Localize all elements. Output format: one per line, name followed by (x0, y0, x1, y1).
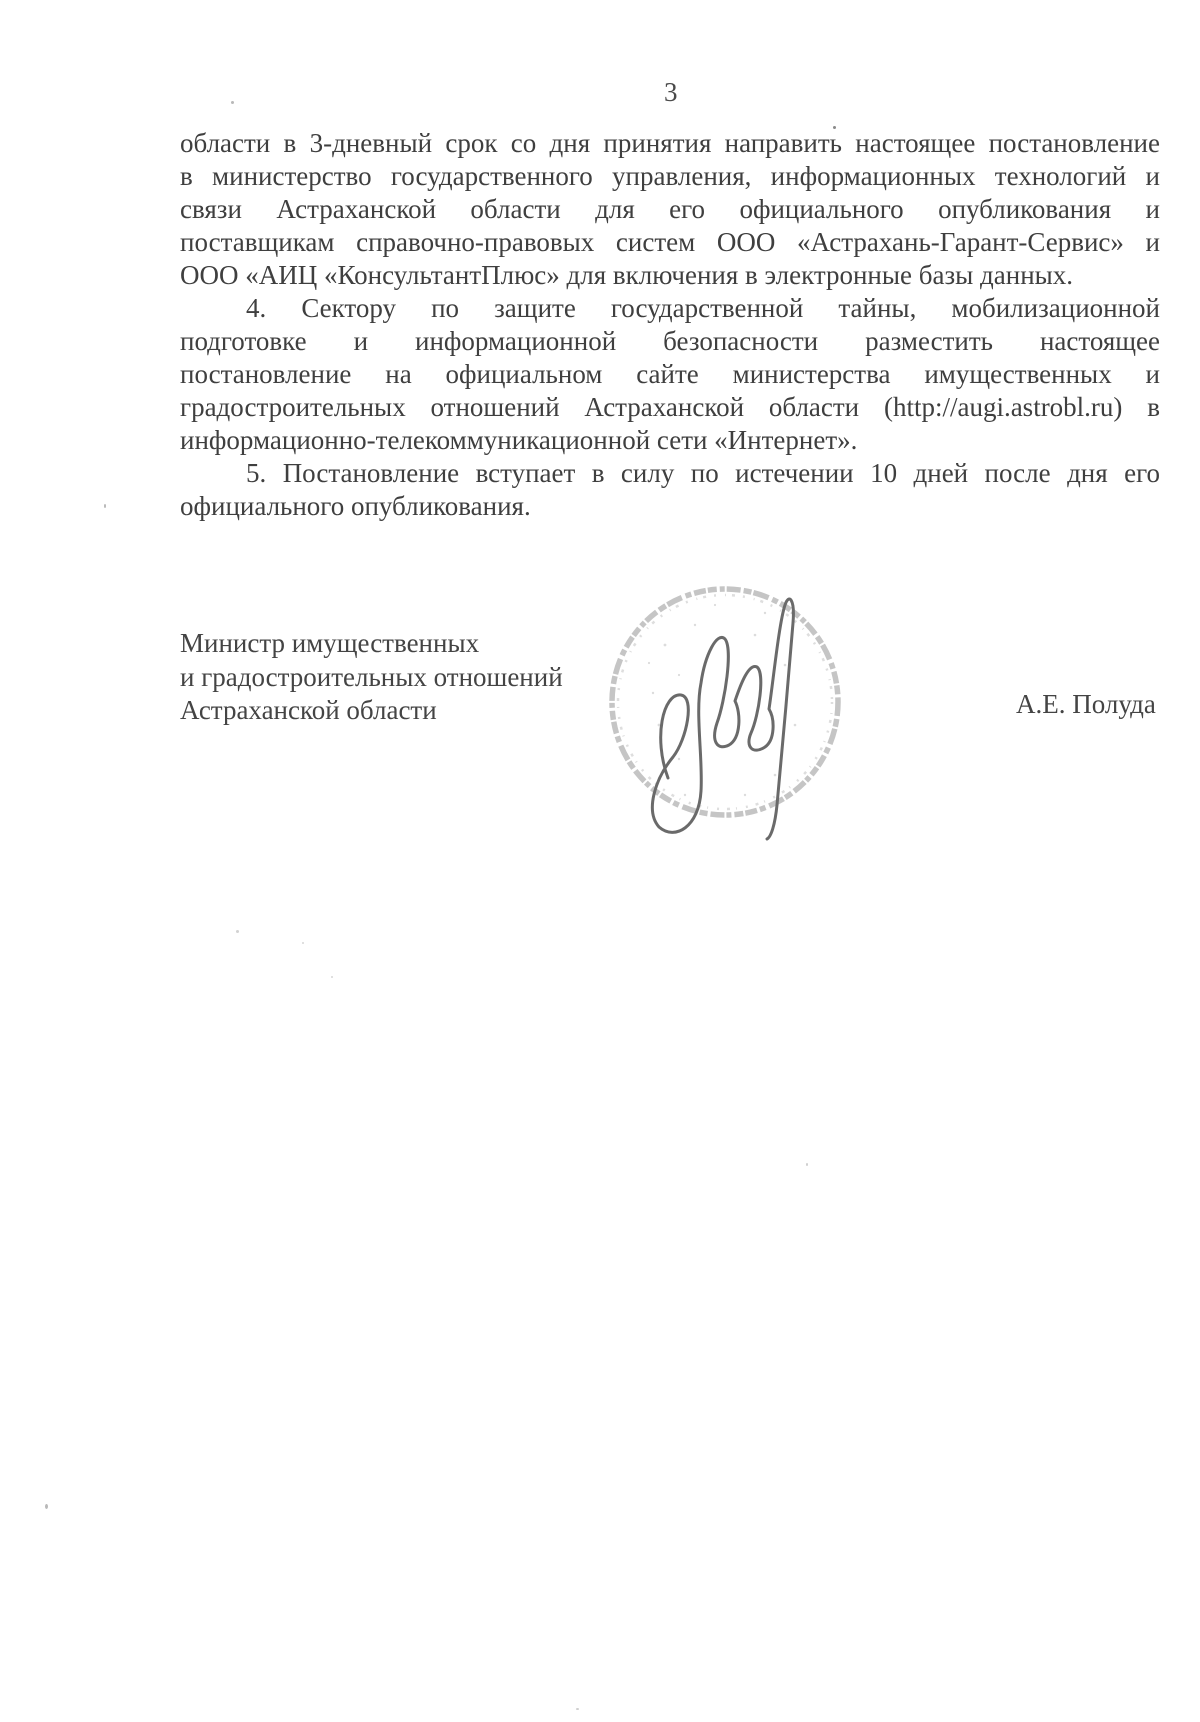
body-line: информационно-телекоммуникационной сети … (180, 424, 1160, 457)
signatory-title-line: Министр имущественных (180, 627, 640, 661)
body-line: связи Астраханской области для его офици… (180, 193, 1160, 226)
body-line: подготовке и информационной безопасности… (180, 325, 1160, 358)
document-page: 3 области в 3-дневный срок со дня принят… (0, 0, 1200, 1722)
stamp-ring-inner (618, 595, 832, 809)
scan-speck (806, 1163, 808, 1166)
body-line: градостроительных отношений Астраханской… (180, 391, 1160, 424)
document-body: области в 3-дневный срок со дня принятия… (180, 127, 1160, 523)
scan-speck (833, 126, 836, 129)
body-line: области в 3-дневный срок со дня принятия… (180, 127, 1160, 160)
scan-speck (104, 504, 106, 508)
body-line: постановление на официальном сайте минис… (180, 358, 1160, 391)
scan-speck (236, 930, 239, 933)
signatory-title-line: Астраханской области (180, 694, 640, 728)
stamp-ring (612, 589, 838, 815)
body-line: в министерство государственного управлен… (180, 160, 1160, 193)
official-seal (583, 543, 858, 843)
page-number: 3 (664, 79, 678, 106)
scan-speck (576, 1708, 579, 1710)
scan-speck (302, 942, 304, 944)
body-line: 4. Сектору по защите государственной тай… (180, 292, 1160, 325)
scan-speck (231, 101, 234, 104)
signatory-title: Министр имущественныхи градостроительных… (180, 627, 640, 728)
scan-speck (45, 1504, 48, 1509)
body-line: поставщикам справочно-правовых систем ОО… (180, 226, 1160, 259)
seal-stamp-icon (583, 543, 858, 843)
signatory-name: А.Е. Полуда (1016, 691, 1156, 718)
body-line: 5. Постановление вступает в силу по исте… (180, 457, 1160, 490)
signatory-title-line: и градостроительных отношений (180, 661, 640, 695)
body-line: ООО «АИЦ «КонсультантПлюс» для включения… (180, 259, 1160, 292)
scan-speck (331, 976, 333, 978)
body-line: официального опубликования. (180, 490, 1160, 523)
